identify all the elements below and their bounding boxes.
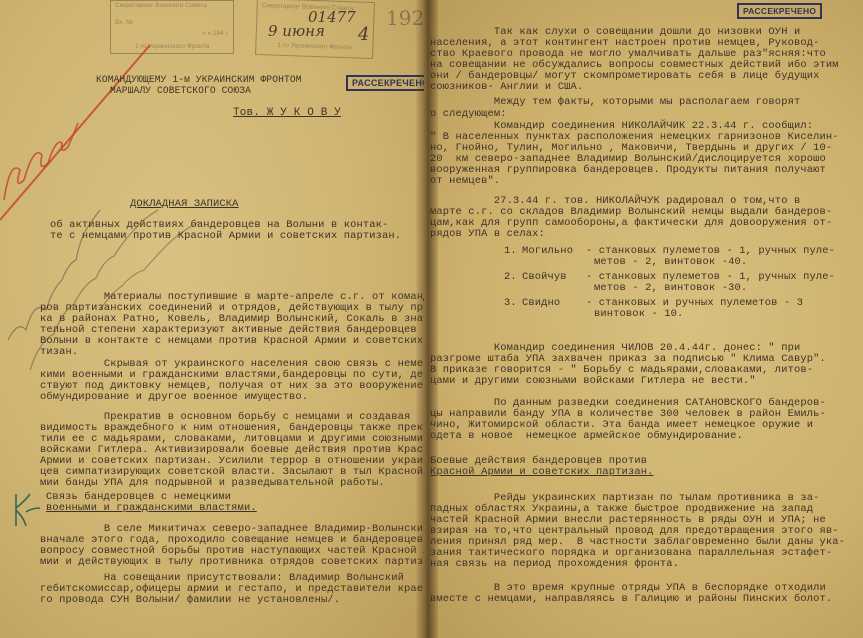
text-line: рядов УПА в селах:	[430, 229, 545, 240]
text-line: Так как слухи о совещании дошли до низов…	[430, 27, 800, 38]
text-line: 27.3.44 г. тов. НИКОЛАЙЧУК радировал о т…	[430, 196, 800, 207]
text-line: В это время крупные отряды УПА в беспоря…	[430, 583, 826, 594]
text-line: разгроме штаба УПА захвачен приказ за по…	[430, 354, 826, 365]
text-line: союзников- Англии и США.	[430, 82, 583, 93]
book-spine-gutter	[416, 0, 438, 638]
text-line: В приказе говорится - " Борьбу с мадьяра…	[430, 365, 813, 376]
village-name: Свойчув	[522, 272, 567, 283]
addressee-line-2: МАРШАЛУ СОВЕТСКОГО СОЮЗА	[110, 86, 251, 97]
heading-line: Красной Армии и советских партизан.	[430, 467, 654, 478]
addressee-name: Тов. Ж У К О В У	[233, 108, 341, 119]
text-line: зания тактического порядка и организован…	[430, 548, 832, 559]
document-title: ДОКЛАДНАЯ ЗАПИСКА	[130, 199, 239, 210]
handwritten-margin-red-note: в дело	[14, 112, 17, 113]
text-line: Прекратив в основном борьбу с немцами и …	[40, 412, 410, 423]
text-line: падных областях Украины,а также быстрое …	[430, 504, 813, 515]
text-line: цам,как для групп самообороны,а фактичес…	[430, 218, 832, 229]
text-line: на совещании не обсуждались вопросы совм…	[430, 60, 839, 71]
text-line: тельной степени характеризуют активные д…	[40, 325, 424, 336]
village-num: 2.	[504, 272, 517, 283]
heading-line: военными и гражданскими властями.	[46, 503, 257, 514]
text-line: войсками Гитлера. Активизировали боевые …	[40, 445, 424, 456]
text-line: ная связь на период прохождения фронта.	[430, 559, 679, 570]
text-line: гебитскомиссар,офицеры армии и гестапо, …	[40, 584, 424, 595]
village-weapons: метов - 2, винтовок -40.	[594, 257, 747, 268]
text-line: вооруженная группировка бандеровцев. Про…	[430, 165, 826, 176]
text-line: населения, а этот контингент настроен пр…	[430, 38, 820, 49]
text-line: но, Гнойно, Тулин, Могильно , Маковичи, …	[430, 143, 832, 154]
text-line: По данным разведки соединения САТАНОВСКО…	[430, 398, 826, 409]
village-weapons: винтовок - 10.	[594, 309, 683, 320]
text-line: они / бандеровцы/ могут скомпрометироват…	[430, 71, 820, 82]
village-weapons: - станковых пулеметов - 1, ручных пуле-	[586, 272, 835, 283]
text-line: видимость враждебного к ним отношения, б…	[40, 423, 424, 434]
text-line: Скрывая от украинского населения свою св…	[40, 359, 424, 370]
text-line: Между тем факты, которыми мы располагаем…	[430, 97, 800, 108]
text-line: Командир соединения ЧИЛОВ 20.4.44г. доне…	[430, 343, 800, 354]
handwritten-margin-green-note: Кр	[0, 0, 1, 1]
text-line: мии банды УПА для подрывной и разведыват…	[40, 478, 385, 489]
subtitle-line: об активных действиях бандеровцев на Вол…	[50, 220, 388, 231]
text-line: 20 км северо-западнее Владимир Волынский…	[430, 154, 826, 165]
declassified-stamp: РАССЕКРЕЧЕНО	[346, 75, 424, 91]
text-line: цев симпатизирующих советской власти. За…	[40, 467, 424, 478]
text-line: ров партизанских соединений и отрядов, д…	[40, 303, 424, 314]
text-line: Командир соединения НИКОЛАЙЧИК 22.3.44 г…	[430, 121, 813, 132]
text-line: цы направили банду УПА в количестве 300 …	[430, 409, 826, 420]
text-line: тили ее с мадьярами, словаками, литовцам…	[40, 434, 423, 445]
text-line: вопросу совместной борьбы против наступа…	[40, 546, 424, 557]
text-line: кими военными и гражданскими властями,ба…	[40, 370, 424, 381]
heading-line: Боевые действия бандеровцев против	[430, 456, 647, 467]
right-page: РАССЕКРЕЧЕНО Так как слухи о совещании д…	[424, 0, 863, 638]
text-line: мии и действующих в тылу противника отря…	[40, 557, 424, 568]
village-num: 1.	[504, 246, 517, 257]
text-line: цами и другими союзными войсками Гитлера…	[430, 376, 756, 387]
text-line: вместе с немцами, направляясь в Галицию …	[430, 594, 832, 605]
text-line: ствуют под диктовку немцев, получая от н…	[40, 381, 424, 392]
village-weapons: - станковых и ручных пулеметов - 3	[586, 298, 803, 309]
text-line: Волыни в контакте с немцами против Красн…	[40, 336, 424, 347]
text-line: обмундирование и другое военное имуществ…	[40, 392, 308, 403]
declassified-stamp: РАССЕКРЕЧЕНО	[737, 3, 822, 19]
text-line: Рейды украинских партизан по тылам проти…	[430, 493, 820, 504]
left-page: Секретариат Военного Совета Вх. № « » 19…	[0, 0, 424, 638]
text-line: Материалы поступившие в марте-апреле с.г…	[40, 292, 424, 303]
text-line: марте с.г. со складов Владимир Волынский…	[430, 207, 832, 218]
text-line: тизан.	[40, 347, 78, 358]
heading-line: Связь бандеровцев с немецкими	[46, 492, 231, 503]
village-weapons: метов - 2, винтовок -30.	[594, 283, 747, 294]
text-line: Армии и советских партизан. Усилили терр…	[40, 456, 424, 467]
text-line: " В населенных пунктах расположения неме…	[430, 132, 839, 143]
village-name: Могильно	[522, 246, 573, 257]
text-line: ления принял ряд мер. В частности заблаг…	[430, 537, 845, 548]
text-line: взирая на то,что центральный провод для …	[430, 526, 839, 537]
text-line: го провода СУН Волыни/ фамилии не устано…	[40, 595, 340, 606]
addressee-line-1: КОМАНДУЮЩЕМУ 1-м УКРАИНСКИМ ФРОНТОМ	[96, 75, 302, 86]
text-line: чино, Житомирской области. Эта банда име…	[430, 420, 813, 431]
subtitle-line: те с немцами против Красной Армии и сове…	[50, 231, 401, 242]
text-line: На совещании присутствовали: Владимир Во…	[40, 573, 404, 584]
village-name: Свидно	[522, 298, 560, 309]
text-line: от немцев".	[430, 176, 500, 187]
village-num: 3.	[504, 298, 517, 309]
text-line: ство Краевого провода не могло умалчиват…	[430, 49, 826, 60]
text-line: частей Красной Армии внесли растерянност…	[430, 515, 826, 526]
text-line: вначале этого года, проходило совещание …	[40, 535, 424, 546]
text-line: о следующем:	[430, 109, 507, 120]
text-line: В селе Микитичах северо-западнее Владими…	[40, 524, 424, 535]
text-line: одета в новое немецкое армейское обмунди…	[430, 431, 743, 442]
text-line: ка в районах Ратно, Ковель, Владимир Вол…	[40, 314, 424, 325]
village-weapons: - станковых пулеметов - 1, ручных пуле-	[586, 246, 835, 257]
